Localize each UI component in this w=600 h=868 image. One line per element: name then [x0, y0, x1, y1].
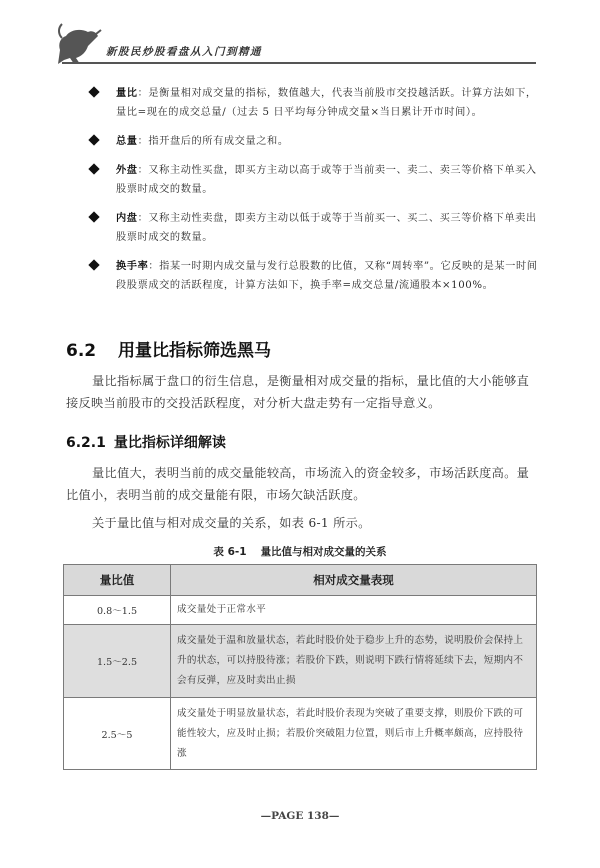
paragraph-text: 关于量比值与相对成交量的关系，如表 6-1 所示。	[92, 516, 371, 530]
page-header: 新股民炒股看盘从入门到精通	[0, 0, 600, 70]
range-cell: 2.5～5	[64, 698, 171, 770]
page-number: —PAGE 138—	[0, 810, 600, 822]
table-row: 0.8～1.5 成交量处于正常水平	[64, 596, 537, 625]
diamond-bullet-icon	[88, 163, 99, 174]
column-header: 相对成交量表现	[171, 565, 537, 596]
table-row: 2.5～5 成交量处于明显放量状态，若此时股价表现为突破了重要支撑，则股价下跌的…	[64, 698, 537, 770]
definition-item: 换手率：指某一时期内成交量与发行总股数的比值，又称“周转率”。它反映的是某一时间…	[88, 257, 540, 295]
term: 总量	[116, 135, 138, 147]
table-number: 表 6-1	[213, 546, 246, 558]
definition-item: 外盘：又称主动性买盘，即买方主动以高于或等于当前卖一、卖二、卖三等价格下单买入股…	[88, 161, 540, 199]
definition-item: 总量：指开盘后的所有成交量之和。	[88, 132, 540, 151]
diamond-bullet-icon	[88, 211, 99, 222]
term: 换手率	[116, 260, 148, 272]
subsection-heading: 6.2.1量比指标详细解读	[66, 432, 226, 452]
subsection-number: 6.2.1	[66, 435, 106, 451]
table-caption-text: 量比值与相对成交量的关系	[261, 546, 387, 558]
definition-text: ：指某一时期内成交量与发行总股数的比值，又称“周转率”。它反映的是某一时间段股票…	[116, 261, 538, 291]
column-header: 量比值	[64, 565, 171, 596]
subsection-title: 量比指标详细解读	[114, 435, 226, 451]
table-header-row: 量比值 相对成交量表现	[64, 565, 537, 596]
term: 内盘	[116, 212, 138, 224]
section-title: 用量比指标筛选黑马	[118, 341, 271, 361]
subsection-paragraph: 量比值大，表明当前的成交量能较高，市场流入的资金较多，市场活跃度高。量比值小，表…	[66, 462, 534, 506]
definition-list: 量比：是衡量相对成交量的指标，数值越大，代表当前股市交投越活跃。计算方法如下，量…	[88, 84, 540, 305]
definition-text: ：又称主动性买盘，即买方主动以高于或等于当前卖一、卖二、卖三等价格下单买入股票时…	[116, 165, 537, 195]
section-number: 6.2	[66, 341, 118, 361]
header-divider	[62, 62, 536, 64]
definition-text: ：指开盘后的所有成交量之和。	[138, 136, 289, 147]
diamond-bullet-icon	[88, 86, 99, 97]
range-cell: 0.8～1.5	[64, 596, 171, 625]
definition-text: ：又称主动性卖盘，即卖方主动以低于或等于当前买一、买二、买三等价格下单卖出股票时…	[116, 213, 537, 243]
description-cell: 成交量处于明显放量状态，若此时股价表现为突破了重要支撑，则股价下跌的可能性较大，…	[171, 698, 537, 770]
term: 外盘	[116, 164, 138, 176]
term: 量比	[116, 87, 138, 99]
book-title: 新股民炒股看盘从入门到精通	[106, 44, 262, 59]
definition-item: 内盘：又称主动性卖盘，即卖方主动以低于或等于当前买一、买二、买三等价格下单卖出股…	[88, 209, 540, 247]
range-cell: 1.5～2.5	[64, 625, 171, 698]
definition-item: 量比：是衡量相对成交量的指标，数值越大，代表当前股市交投越活跃。计算方法如下，量…	[88, 84, 540, 122]
section-heading: 6.2用量比指标筛选黑马	[66, 336, 271, 361]
section-intro: 量比指标属于盘口的衍生信息，是衡量相对成交量的指标，量比值的大小能够直接反映当前…	[66, 370, 534, 414]
intro-text: 量比指标属于盘口的衍生信息，是衡量相对成交量的指标，量比值的大小能够直接反映当前…	[66, 374, 529, 410]
table-row: 1.5～2.5 成交量处于温和放量状态，若此时股价处于稳步上升的态势，说明股价会…	[64, 625, 537, 698]
description-cell: 成交量处于正常水平	[171, 596, 537, 625]
subsection-paragraph: 关于量比值与相对成交量的关系，如表 6-1 所示。	[66, 512, 534, 534]
definition-text: ：是衡量相对成交量的指标，数值越大，代表当前股市交投越活跃。计算方法如下，量比=…	[116, 88, 537, 118]
table-caption: 表 6-1量比值与相对成交量的关系	[0, 544, 600, 559]
diamond-bullet-icon	[88, 134, 99, 145]
bull-logo-icon	[52, 20, 102, 66]
volume-ratio-table: 量比值 相对成交量表现 0.8～1.5 成交量处于正常水平 1.5～2.5 成交…	[63, 564, 537, 770]
diamond-bullet-icon	[88, 259, 99, 270]
paragraph-text: 量比值大，表明当前的成交量能较高，市场流入的资金较多，市场活跃度高。量比值小，表…	[66, 466, 529, 502]
description-cell: 成交量处于温和放量状态，若此时股价处于稳步上升的态势，说明股价会保持上升的状态，…	[171, 625, 537, 698]
